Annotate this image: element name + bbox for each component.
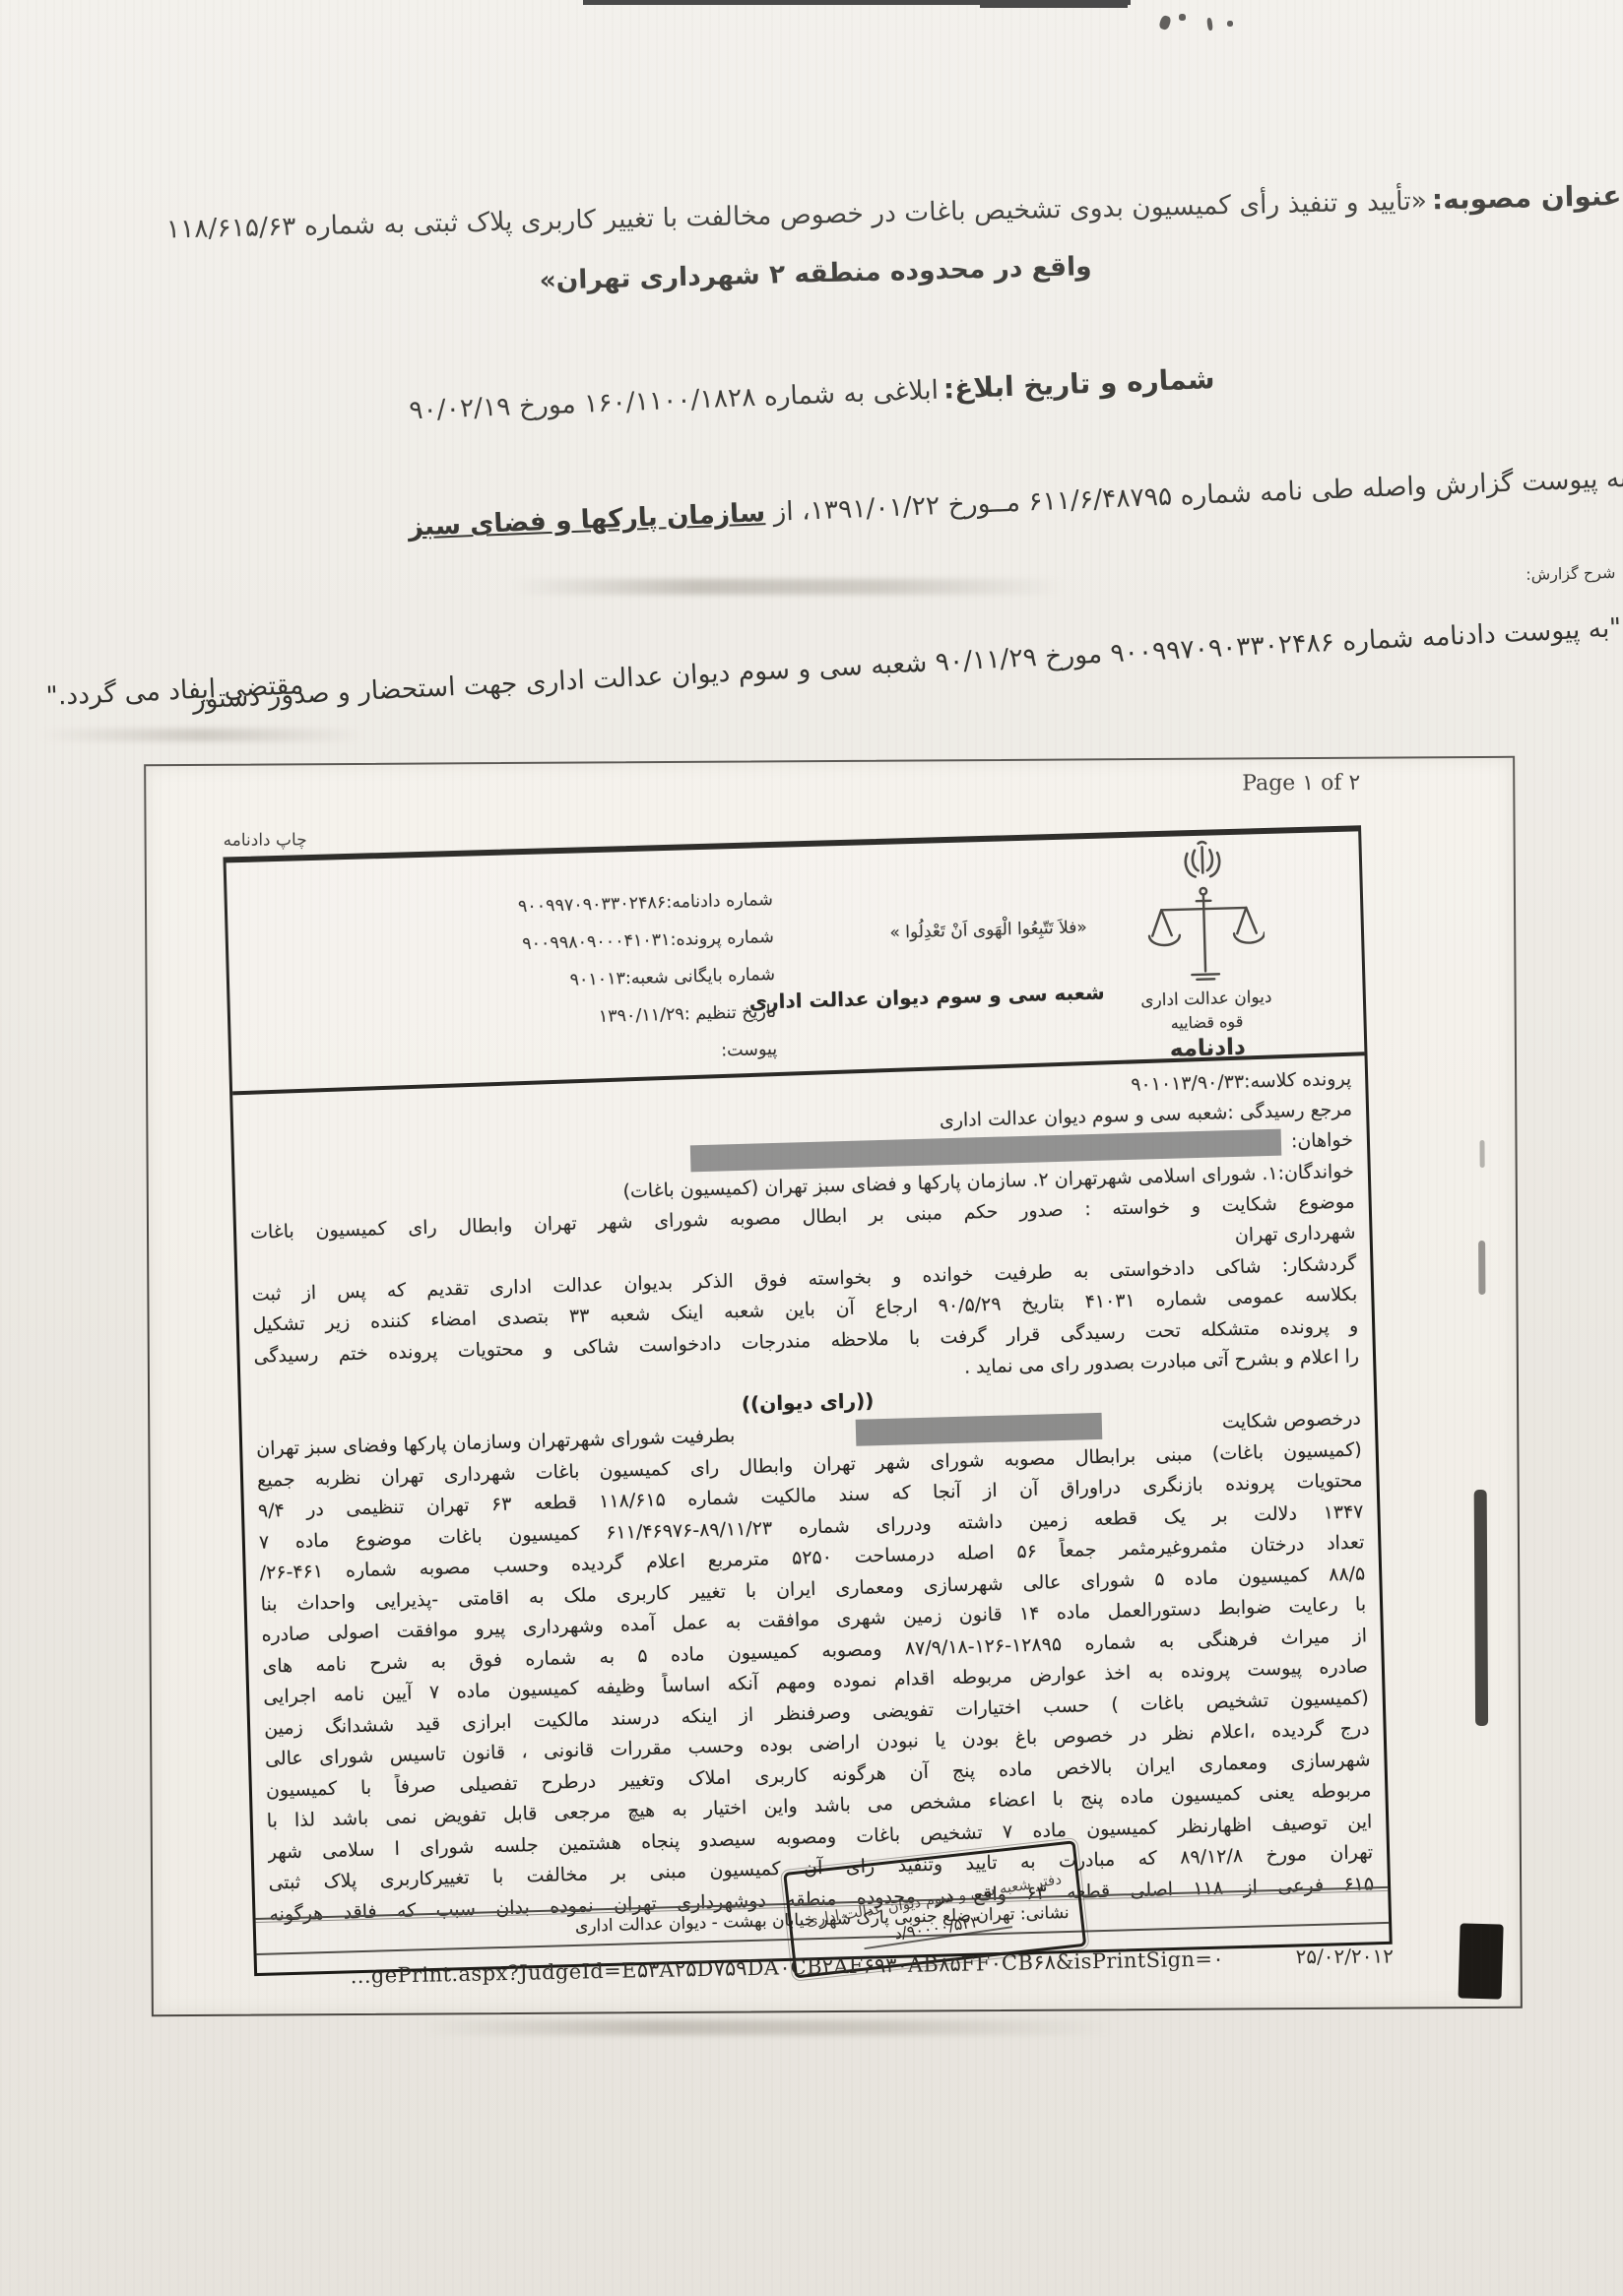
pen-mark [1206, 18, 1213, 32]
scan-edge-artifact [980, 0, 1128, 8]
scan-streak [1474, 1490, 1488, 1726]
scan-ink-blob [1458, 1923, 1503, 1999]
memo-report-line1: "به پیوست دادنامه شماره ۹۰۰۹۹۷۰۹۰۳۳۰۲۴۸۶… [192, 612, 1622, 715]
memo-title-line: عنوان مصوبه: «تأیید و تنفیذ رأی کمیسیون … [165, 179, 1621, 245]
scan-streak [1479, 1140, 1484, 1168]
dadnameh-document: شماره دادنامه:۹۰۰۹۹۷۰۹۰۳۳۰۲۴۸۶شماره پرون… [223, 825, 1392, 1976]
memo-title-line2: واقع در محدوده منطقه ۲ شهرداری تهران» [539, 251, 1092, 296]
print-judgment-link: چاپ دادنامه [224, 830, 307, 851]
memo-attachment-line: به پیوست گزارش واصله طی نامه شماره ۶۱۱/۶… [408, 463, 1623, 542]
pen-mark [1158, 15, 1172, 31]
memo-title-quote: «تأیید و تنفیذ رأی کمیسیون بدوی تشخیص با… [165, 185, 1427, 244]
plaintiff-label: خواهان: [1291, 1127, 1354, 1156]
pen-mark [1179, 14, 1186, 21]
bleed-through-ghost [423, 2020, 1113, 2035]
body-lines: پرونده کلاسه:۹۰۱۰۱۳/۹۰/۳۳مرجع رسیدگی :شع… [240, 832, 1376, 1973]
memo-report-label: شرح گزارش: [1526, 563, 1616, 584]
memo-attachment-text: به پیوست گزارش واصله طی نامه شماره ۶۱۱/۶… [773, 463, 1623, 528]
body-line-start: درخصوص شکایت [1222, 1405, 1362, 1435]
memo-notice-label: شماره و تاریخ ابلاغ: [943, 362, 1216, 406]
memo-title-label: عنوان مصوبه: [1432, 179, 1622, 216]
redaction-box [855, 1413, 1102, 1446]
bleed-through-ghost [512, 579, 1064, 595]
page-indicator: Page ۱ of ۲ [1242, 771, 1360, 797]
print-date: ۲۵/۰۲/۲۰۱۲ [1295, 1945, 1394, 1969]
memo-notice-line: شماره و تاریخ ابلاغ: ابلاغی به شماره ۱۶۰… [409, 362, 1215, 425]
memo-notice-text: ابلاغی به شماره ۱۶۰/۱۱۰۰/۱۸۲۸ مورخ ۹۰/۰۲… [409, 375, 940, 426]
bleed-through-ghost [39, 729, 364, 741]
memo-attachment-org: سازمان پارکها و فضای سبز [408, 497, 766, 542]
pen-mark [1227, 21, 1233, 27]
scanned-sheet: Page ۱ of ۲ چاپ دادنامه شماره دادنامه:۹۰… [144, 756, 1523, 2016]
scan-streak [1478, 1241, 1485, 1295]
scanned-memo-page: { "colors": { "page_bg": "#efece6", "she… [0, 0, 1623, 2296]
